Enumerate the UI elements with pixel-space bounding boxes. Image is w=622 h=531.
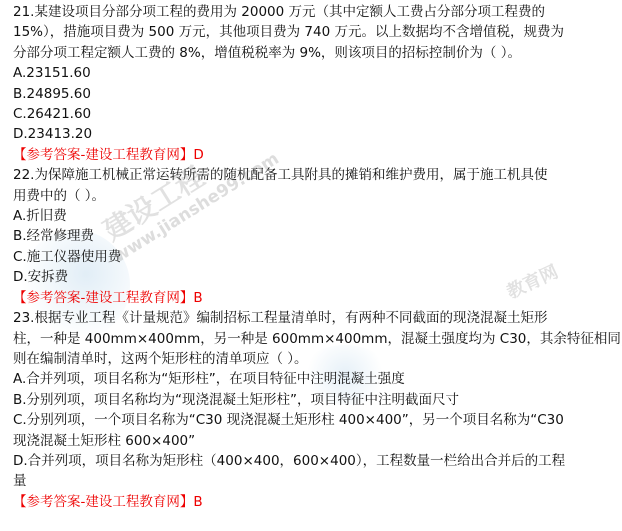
answer-line: 【参考答案-建设工程教育网】D — [13, 145, 613, 165]
answer-value: B — [193, 494, 202, 510]
option-c: C.分别列项，一个项目名称为“C30 现浇混凝土矩形柱 400×400”，另一个… — [13, 410, 613, 430]
option-c-continued: 现浇混凝土矩形柱 600×400” — [13, 431, 613, 451]
question-stem-line: 柱，一种是 400mm×400mm，另一种是 600mm×400mm，混凝土强度… — [13, 329, 613, 349]
question-stem-line: 用费中的（ ）。 — [13, 186, 613, 206]
answer-line: 【参考答案-建设工程教育网】B — [13, 492, 613, 512]
option-d: D.安拆费 — [13, 267, 613, 287]
question-22: 22.为保障施工机械正常运转所需的随机配备工具附具的摊销和维护费用，属于施工机具… — [13, 165, 613, 308]
answer-line: 【参考答案-建设工程教育网】B — [13, 288, 613, 308]
question-23: 23.根据专业工程《计量规范》编制招标工程量清单时，有两种不同截面的现浇混凝土矩… — [13, 308, 613, 512]
question-21: 21.某建设项目分部分项工程的费用为 20000 万元（其中定额人工费占分部分项… — [13, 2, 613, 165]
answer-value: D — [193, 147, 203, 163]
option-a: A.折旧费 — [13, 206, 613, 226]
option-b: B.经常修理费 — [13, 226, 613, 246]
option-d-continued: 量 — [13, 471, 613, 491]
question-stem-line: 21.某建设项目分部分项工程的费用为 20000 万元（其中定额人工费占分部分项… — [13, 2, 613, 22]
option-b: B.分别列项，项目名称均为“现浇混凝土矩形柱”，项目特征中注明截面尺寸 — [13, 390, 613, 410]
answer-label: 【参考答案-建设工程教育网】 — [13, 494, 193, 510]
answer-value: B — [193, 290, 202, 306]
question-stem-line: 15%），措施项目费为 500 万元，其他项目费为 740 万元。以上数据均不含… — [13, 22, 613, 42]
question-stem-line: 分部分项工程定额人工费的 8%，增值税税率为 9%，则该项目的招标控制价为（ ）… — [13, 43, 613, 63]
exam-document: 21.某建设项目分部分项工程的费用为 20000 万元（其中定额人工费占分部分项… — [13, 2, 613, 512]
option-a: A.合并列项，项目名称为“矩形柱”，在项目特征中注明混凝土强度 — [13, 369, 613, 389]
question-stem-line: 则在编制清单时，这两个矩形柱的清单项应（ ）。 — [13, 349, 613, 369]
option-d: D.23413.20 — [13, 124, 613, 144]
option-a: A.23151.60 — [13, 63, 613, 83]
answer-label: 【参考答案-建设工程教育网】 — [13, 147, 193, 163]
question-stem-line: 22.为保障施工机械正常运转所需的随机配备工具附具的摊销和维护费用，属于施工机具… — [13, 165, 613, 185]
option-c: C.26421.60 — [13, 104, 613, 124]
question-stem-line: 23.根据专业工程《计量规范》编制招标工程量清单时，有两种不同截面的现浇混凝土矩… — [13, 308, 613, 328]
option-d: D.合并列项，项目名称为矩形柱（400×400，600×400），工程数量一栏给… — [13, 451, 613, 471]
answer-label: 【参考答案-建设工程教育网】 — [13, 290, 193, 306]
option-c: C.施工仪器使用费 — [13, 247, 613, 267]
option-b: B.24895.60 — [13, 84, 613, 104]
